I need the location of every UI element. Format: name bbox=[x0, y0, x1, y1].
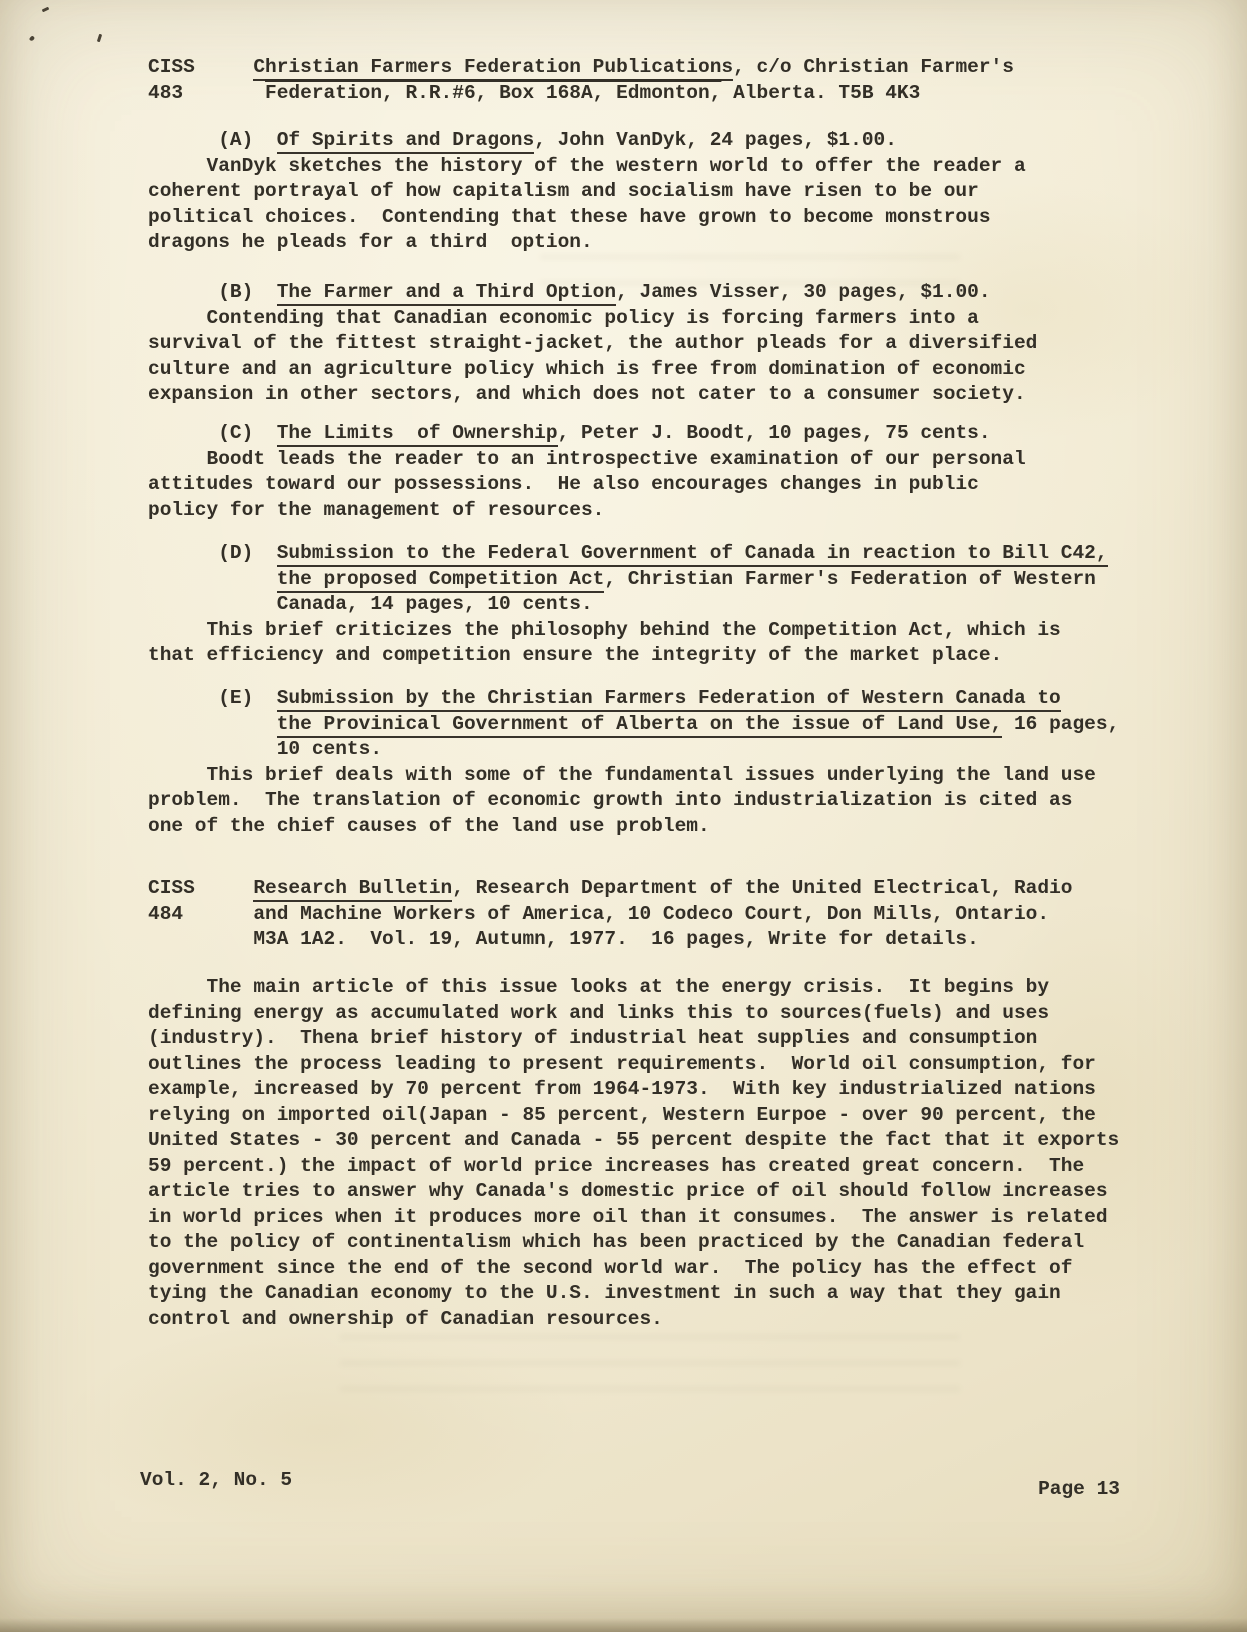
text-segment: problem. The translation of economic gro… bbox=[148, 789, 1072, 811]
entry-ciss-483-header: CISS Christian Farmers Federation Public… bbox=[148, 55, 1014, 106]
text-segment: defining energy as accumulated work and … bbox=[148, 1002, 1049, 1024]
text-line: This brief deals with some of the fundam… bbox=[148, 763, 1119, 789]
text-line: article tries to answer why Canada's dom… bbox=[148, 1179, 1119, 1205]
entry-484-summary: The main article of this issue looks at … bbox=[148, 975, 1119, 1332]
text-segment: , c/o Christian Farmer's bbox=[733, 56, 1014, 78]
text-segment bbox=[148, 568, 277, 590]
ink-speck bbox=[97, 34, 102, 43]
text-line: that efficiency and competition ensure t… bbox=[148, 643, 1108, 669]
text-line: problem. The translation of economic gro… bbox=[148, 788, 1119, 814]
underlined-text: The Limits of Ownership bbox=[277, 422, 558, 447]
text-segment: tying the Canadian economy to the U.S. i… bbox=[148, 1282, 1061, 1304]
entry-item-c: (C) The Limits of Ownership, Peter J. Bo… bbox=[148, 421, 1026, 523]
text-line: example, increased by 70 percent from 19… bbox=[148, 1077, 1119, 1103]
text-line: Boodt leads the reader to an introspecti… bbox=[148, 447, 1026, 473]
document-page: CISS Christian Farmers Federation Public… bbox=[0, 0, 1247, 1632]
text-segment: (industry). Thena brief history of indus… bbox=[148, 1027, 1037, 1049]
text-line: (industry). Thena brief history of indus… bbox=[148, 1026, 1119, 1052]
text-line: relying on imported oil(Japan - 85 perce… bbox=[148, 1103, 1119, 1129]
text-segment: , Peter J. Boodt, 10 pages, 75 cents. bbox=[558, 422, 991, 444]
underlined-text: Christian Farmers Federation Publication… bbox=[253, 56, 733, 81]
text-segment: VanDyk sketches the history of the weste… bbox=[148, 155, 1026, 177]
text-segment: , John VanDyk, 24 pages, $1.00. bbox=[534, 129, 897, 151]
text-segment: 10 cents. bbox=[148, 738, 382, 760]
text-line: 484 and Machine Workers of America, 10 C… bbox=[148, 902, 1072, 928]
text-segment: (D) bbox=[148, 542, 277, 564]
text-segment bbox=[148, 713, 277, 735]
text-line: United States - 30 percent and Canada - … bbox=[148, 1128, 1119, 1154]
text-line: M3A 1A2. Vol. 19, Autumn, 1977. 16 pages… bbox=[148, 927, 1072, 953]
text-line: (D) Submission to the Federal Government… bbox=[148, 541, 1108, 567]
text-line: 483 Federation, R.R.#6, Box 168A, Edmont… bbox=[148, 81, 1014, 107]
entry-item-d: (D) Submission to the Federal Government… bbox=[148, 541, 1108, 669]
text-line: in world prices when it produces more oi… bbox=[148, 1205, 1119, 1231]
text-line: coherent portrayal of how capitalism and… bbox=[148, 179, 1026, 205]
text-segment: , Christian Farmer's Federation of Weste… bbox=[604, 568, 1095, 590]
entry-item-a: (A) Of Spirits and Dragons, John VanDyk,… bbox=[148, 128, 1026, 256]
text-segment: control and ownership of Canadian resour… bbox=[148, 1308, 663, 1330]
underlined-text: Submission to the Federal Government of … bbox=[277, 542, 1108, 567]
text-segment: survival of the fittest straight-jacket,… bbox=[148, 332, 1037, 354]
text-segment: (C) bbox=[148, 422, 277, 444]
text-line: political choices. Contending that these… bbox=[148, 205, 1026, 231]
underlined-text: Of Spirits and Dragons bbox=[277, 129, 534, 154]
bleed-through-artifact bbox=[340, 1335, 960, 1413]
entry-ciss-484-header: CISS Research Bulletin, Research Departm… bbox=[148, 876, 1072, 953]
text-segment: The main article of this issue looks at … bbox=[148, 976, 1049, 998]
text-segment: culture and an agriculture policy which … bbox=[148, 358, 1026, 380]
text-line: one of the chief causes of the land use … bbox=[148, 814, 1119, 840]
text-segment: CISS bbox=[148, 56, 253, 78]
text-line: the proposed Competition Act, Christian … bbox=[148, 567, 1108, 593]
text-segment: outlines the process leading to present … bbox=[148, 1053, 1096, 1075]
text-line: The main article of this issue looks at … bbox=[148, 975, 1119, 1001]
text-segment: 59 percent.) the impact of world price i… bbox=[148, 1155, 1084, 1177]
underlined-text: The Farmer and a Third Option bbox=[277, 281, 616, 306]
text-segment: example, increased by 70 percent from 19… bbox=[148, 1078, 1096, 1100]
text-segment: United States - 30 percent and Canada - … bbox=[148, 1129, 1119, 1151]
text-line: survival of the fittest straight-jacket,… bbox=[148, 331, 1037, 357]
text-line: This brief criticizes the philosophy beh… bbox=[148, 618, 1108, 644]
text-segment: to the policy of continentalism which ha… bbox=[148, 1231, 1084, 1253]
text-segment: 16 pages, bbox=[1002, 713, 1119, 735]
text-segment: This brief deals with some of the fundam… bbox=[148, 764, 1096, 786]
overlined-text: Federation, R.R.#6, Box 168A, Edmonton, bbox=[265, 82, 721, 104]
text-line: dragons he pleads for a third option. bbox=[148, 230, 1026, 256]
underlined-text: Research Bulletin bbox=[253, 877, 452, 902]
text-line: VanDyk sketches the history of the weste… bbox=[148, 154, 1026, 180]
text-segment: CISS bbox=[148, 877, 253, 899]
text-line: CISS Christian Farmers Federation Public… bbox=[148, 55, 1014, 81]
underlined-text: the proposed Competition Act bbox=[277, 568, 605, 593]
text-segment: Contending that Canadian economic policy… bbox=[148, 307, 979, 329]
ink-speck bbox=[42, 7, 50, 13]
entry-item-b: (B) The Farmer and a Third Option, James… bbox=[148, 280, 1037, 408]
text-line: control and ownership of Canadian resour… bbox=[148, 1307, 1119, 1333]
footer-volume-label: Vol. 2, No. 5 bbox=[140, 1468, 292, 1494]
text-line: tying the Canadian economy to the U.S. i… bbox=[148, 1281, 1119, 1307]
text-line: 59 percent.) the impact of world price i… bbox=[148, 1154, 1119, 1180]
paper-stain bbox=[60, 1320, 580, 1540]
text-segment: policy for the management of resources. bbox=[148, 499, 604, 521]
footer-page-number: Page 13 bbox=[1038, 1477, 1120, 1503]
text-line: CISS Research Bulletin, Research Departm… bbox=[148, 876, 1072, 902]
text-line: defining energy as accumulated work and … bbox=[148, 1001, 1119, 1027]
text-segment: Canada, 14 pages, 10 cents. bbox=[148, 593, 593, 615]
text-line: to the policy of continentalism which ha… bbox=[148, 1230, 1119, 1256]
text-segment: M3A 1A2. Vol. 19, Autumn, 1977. 16 pages… bbox=[148, 928, 979, 950]
text-segment: relying on imported oil(Japan - 85 perce… bbox=[148, 1104, 1096, 1126]
text-line: expansion in other sectors, and which do… bbox=[148, 382, 1037, 408]
text-segment: , Research Department of the United Elec… bbox=[452, 877, 1072, 899]
text-segment: (B) bbox=[148, 281, 277, 303]
text-segment: political choices. Contending that these… bbox=[148, 206, 991, 228]
text-segment: 484 and Machine Workers of America, 10 C… bbox=[148, 903, 1049, 925]
text-line: (B) The Farmer and a Third Option, James… bbox=[148, 280, 1037, 306]
text-line: culture and an agriculture policy which … bbox=[148, 357, 1037, 383]
text-segment: coherent portrayal of how capitalism and… bbox=[148, 180, 979, 202]
text-line: Canada, 14 pages, 10 cents. bbox=[148, 592, 1108, 618]
text-segment: expansion in other sectors, and which do… bbox=[148, 383, 1026, 405]
text-segment: in world prices when it produces more oi… bbox=[148, 1206, 1108, 1228]
text-line: government since the end of the second w… bbox=[148, 1256, 1119, 1282]
entry-item-e: (E) Submission by the Christian Farmers … bbox=[148, 686, 1119, 839]
text-segment: article tries to answer why Canada's dom… bbox=[148, 1180, 1108, 1202]
text-segment: This brief criticizes the philosophy beh… bbox=[148, 619, 1061, 641]
text-line: (C) The Limits of Ownership, Peter J. Bo… bbox=[148, 421, 1026, 447]
text-segment: attitudes toward our possessions. He als… bbox=[148, 473, 979, 495]
ink-speck bbox=[29, 35, 35, 41]
text-segment: dragons he pleads for a third option. bbox=[148, 231, 593, 253]
underlined-text: Submission by the Christian Farmers Fede… bbox=[277, 687, 1061, 712]
text-segment: 483 bbox=[148, 82, 265, 104]
text-segment: Boodt leads the reader to an introspecti… bbox=[148, 448, 1026, 470]
text-line: 10 cents. bbox=[148, 737, 1119, 763]
underlined-text: the Provinical Government of Alberta on … bbox=[277, 713, 1003, 738]
text-line: policy for the management of resources. bbox=[148, 498, 1026, 524]
text-segment: that efficiency and competition ensure t… bbox=[148, 644, 1002, 666]
text-segment: (E) bbox=[148, 687, 277, 709]
text-line: (E) Submission by the Christian Farmers … bbox=[148, 686, 1119, 712]
text-segment: government since the end of the second w… bbox=[148, 1257, 1072, 1279]
text-line: attitudes toward our possessions. He als… bbox=[148, 472, 1026, 498]
text-segment: , James Visser, 30 pages, $1.00. bbox=[616, 281, 990, 303]
text-segment: (A) bbox=[148, 129, 277, 151]
text-segment: Alberta. T5B 4K3 bbox=[721, 82, 920, 104]
text-line: outlines the process leading to present … bbox=[148, 1052, 1119, 1078]
text-line: (A) Of Spirits and Dragons, John VanDyk,… bbox=[148, 128, 1026, 154]
page-footer: Vol. 2, No. 5 Page 13 bbox=[140, 1468, 1120, 1494]
text-segment: one of the chief causes of the land use … bbox=[148, 815, 710, 837]
text-line: Contending that Canadian economic policy… bbox=[148, 306, 1037, 332]
text-line: the Provinical Government of Alberta on … bbox=[148, 712, 1119, 738]
